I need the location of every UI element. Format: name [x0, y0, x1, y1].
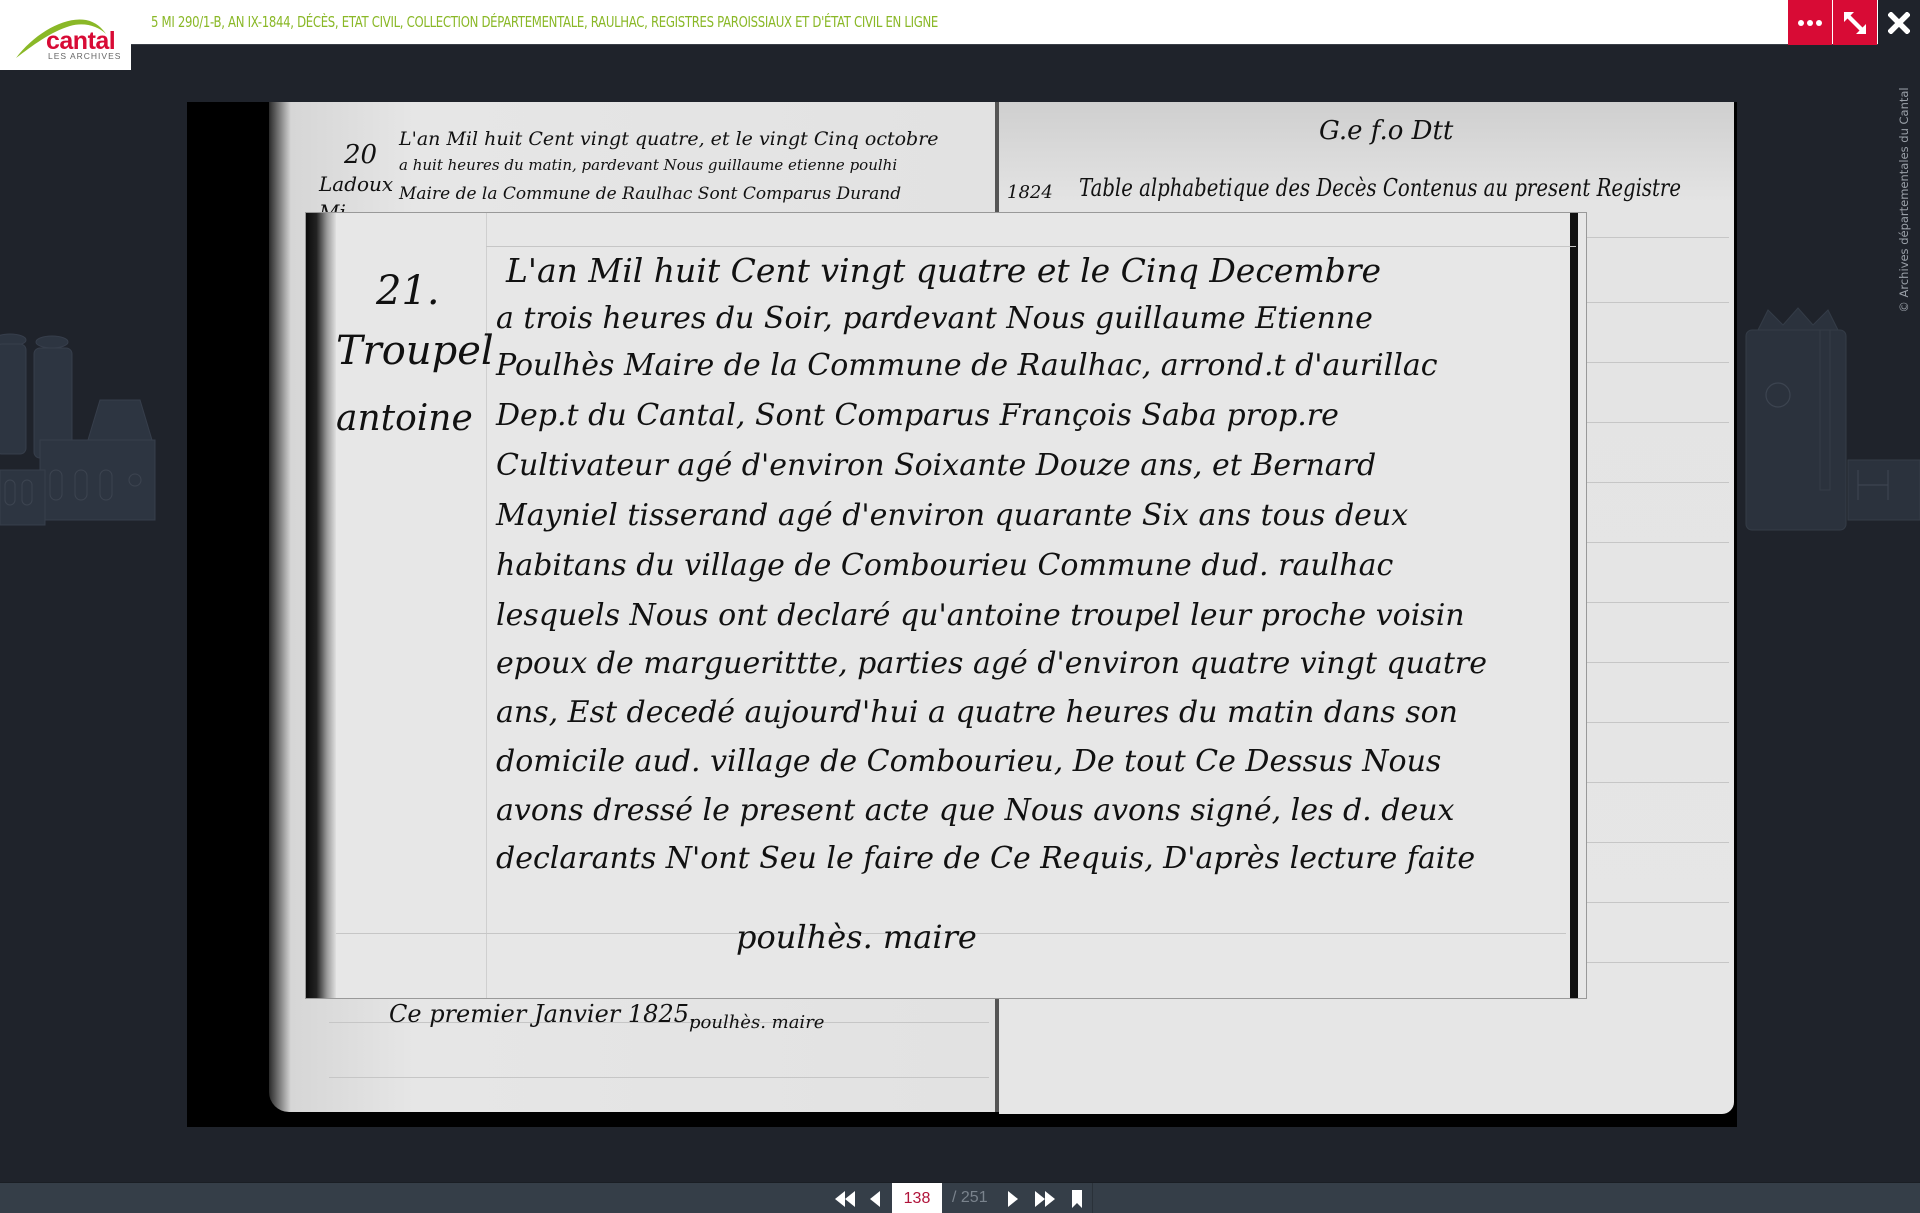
more-options-button[interactable] — [1788, 0, 1832, 45]
fullscreen-button[interactable] — [1833, 0, 1877, 45]
first-page-icon — [834, 1190, 856, 1208]
cantal-archives-logo[interactable]: cantal LES ARCHIVES — [0, 0, 131, 70]
lens-line-4: Dep.t du Cantal, Sont Comparus François … — [496, 398, 1339, 433]
lens-line-7: habitans du village de Combourieu Commun… — [496, 548, 1393, 583]
first-page-button[interactable] — [832, 1183, 858, 1213]
lens-line-13: declarants N'ont Seu le faire de Ce Requ… — [496, 841, 1475, 876]
document-title: 5 MI 290/1-B, AN IX-1844, DÉCÈS, ETAT CI… — [151, 13, 938, 31]
right-heading: Table alphabetique des Decès Contenus au… — [1079, 174, 1681, 202]
previous-page-button[interactable] — [866, 1183, 884, 1213]
previous-page-icon — [869, 1190, 881, 1208]
lens-line-11: domicile aud. village de Combourieu, De … — [496, 744, 1441, 779]
lens-entry-number: 21. — [376, 268, 440, 314]
right-year: 1824 — [1007, 182, 1053, 203]
lens-line-6: Mayniel tisserand agé d'environ quarante… — [496, 498, 1408, 533]
left-bottom-signature: poulhès. maire — [689, 1012, 824, 1033]
lens-line-9: epoux de marguerittte, parties agé d'env… — [496, 646, 1487, 681]
close-icon — [1888, 12, 1910, 34]
lens-line-2: a trois heures du Soir, pardevant Nous g… — [496, 301, 1373, 336]
copyright-notice: © Archives départementales du Cantal — [1896, 80, 1912, 320]
bookmark-icon — [1071, 1189, 1083, 1209]
decorative-illustration-left — [0, 320, 175, 550]
lens-signature: poulhès. maire — [736, 918, 977, 956]
lens-margin-firstname: antoine — [336, 398, 473, 439]
decorative-illustration-right — [1738, 300, 1920, 550]
page-number-input[interactable] — [892, 1183, 942, 1213]
next-page-icon — [1007, 1190, 1019, 1208]
lens-line-10: ans, Est decedé aujourd'hui a quatre heu… — [496, 695, 1458, 730]
close-button[interactable] — [1878, 0, 1920, 45]
page-total: / 251 — [952, 1189, 988, 1207]
toolbar-divider — [1092, 1183, 1093, 1213]
viewer: 5 MI 290/1-B, AN IX-1844, DÉCÈS, ETAT CI… — [0, 0, 1920, 1213]
lens-line-12: avons dressé le present acte que Nous av… — [496, 793, 1454, 828]
last-page-icon — [1034, 1190, 1056, 1208]
right-folio-note: G.e f.o Dtt — [1319, 116, 1453, 146]
left-entry-number: 20 — [344, 140, 377, 170]
lens-margin-surname: Troupel — [336, 328, 494, 374]
lens-line-3: Poulhès Maire de la Commune de Raulhac, … — [496, 348, 1438, 383]
magnifier-lens[interactable]: 21. Troupel antoine L'an Mil huit Cent v… — [306, 213, 1586, 998]
bookmark-button[interactable] — [1068, 1183, 1086, 1213]
next-page-button[interactable] — [1004, 1183, 1022, 1213]
last-page-button[interactable] — [1032, 1183, 1058, 1213]
lens-line-1: L'an Mil huit Cent vingt quatre et le Ci… — [506, 251, 1381, 290]
lens-line-8: lesquels Nous ont declaré qu'antoine tro… — [496, 598, 1465, 633]
header-bar: 5 MI 290/1-B, AN IX-1844, DÉCÈS, ETAT CI… — [0, 0, 1920, 45]
logo-subtitle: LES ARCHIVES — [48, 51, 121, 61]
left-line-1: L'an Mil huit Cent vingt quatre, et le v… — [399, 128, 939, 150]
left-line-3: Maire de la Commune de Raulhac Sont Comp… — [399, 184, 901, 204]
lens-line-5: Cultivateur agé d'environ Soixante Douze… — [496, 448, 1376, 483]
left-margin-name: Ladoux — [319, 172, 393, 196]
ellipsis-icon — [1798, 20, 1822, 26]
left-bottom-date: Ce premier Janvier 1825. — [389, 1000, 697, 1028]
expand-arrows-icon — [1842, 10, 1868, 36]
left-line-2: a huit heures du matin, pardevant Nous g… — [399, 156, 897, 174]
pager-toolbar: / 251 — [0, 1182, 1920, 1213]
